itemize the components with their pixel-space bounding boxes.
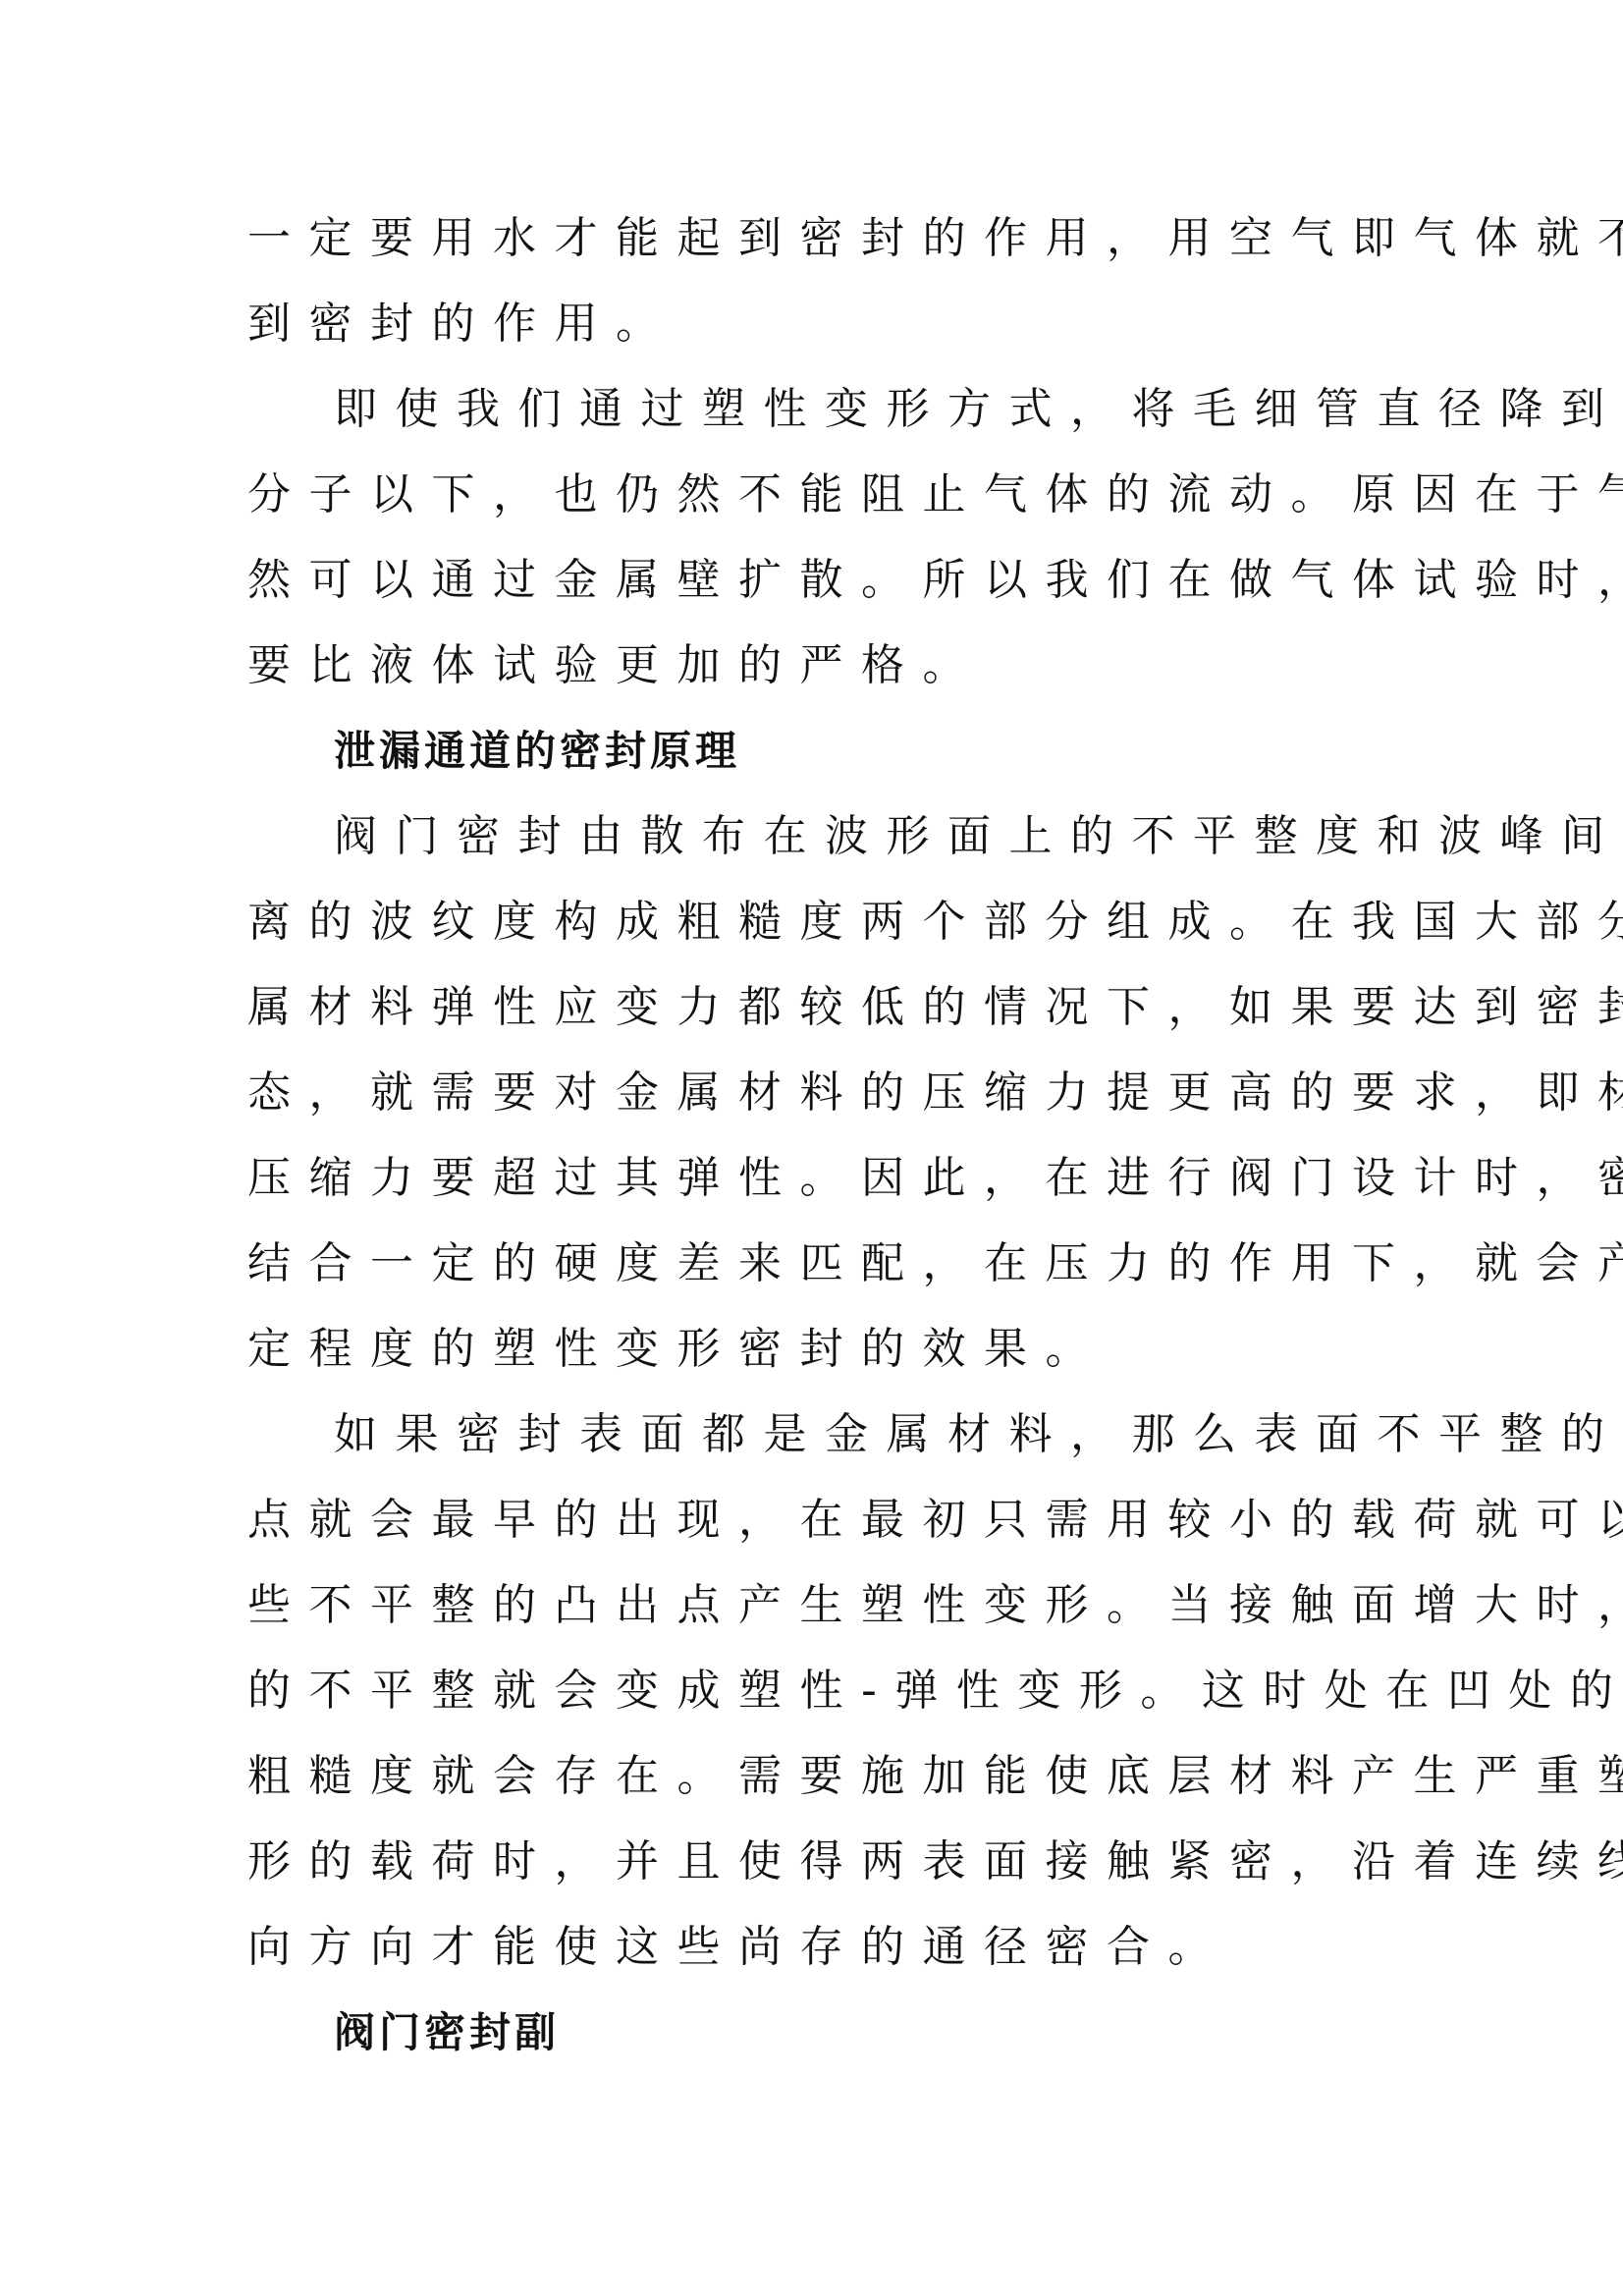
section-heading: 阀门密封副 bbox=[334, 2003, 560, 2062]
paragraph-line: 然可以通过金属壁扩散。所以我们在做气体试验时，一定 bbox=[247, 551, 1623, 610]
paragraph-line: 如果密封表面都是金属材料，那么表面不平整的凸出 bbox=[334, 1405, 1623, 1464]
paragraph-line: 离的波纹度构成粗糙度两个部分组成。在我国大部分的金 bbox=[247, 893, 1623, 952]
paragraph-line: 阀门密封由散布在波形面上的不平整度和波峰间距 bbox=[334, 807, 1623, 866]
paragraph-line: 形的载荷时，并且使得两表面接触紧密，沿着连续线和环 bbox=[247, 1832, 1623, 1891]
paragraph-line: 即使我们通过塑性变形方式，将毛细管直径降到气体 bbox=[334, 380, 1623, 439]
paragraph-line: 粗糙度就会存在。需要施加能使底层材料产生严重塑性变 bbox=[247, 1747, 1623, 1806]
paragraph-line: 定程度的塑性变形密封的效果。 bbox=[247, 1320, 1107, 1379]
paragraph-line: 向方向才能使这些尚存的通径密合。 bbox=[247, 1918, 1229, 1977]
paragraph-line: 属材料弹性应变力都较低的情况下，如果要达到密封的状 bbox=[247, 978, 1623, 1037]
paragraph-line: 分子以下，也仍然不能阻止气体的流动。原因在于气体仍 bbox=[247, 465, 1623, 524]
paragraph-line: 些不平整的凸出点产生塑性变形。当接触面增大时，表面 bbox=[247, 1576, 1623, 1635]
paragraph-line: 态，就需要对金属材料的压缩力提更高的要求，即材料的 bbox=[247, 1064, 1623, 1122]
paragraph-line: 到密封的作用。 bbox=[247, 295, 677, 354]
paragraph-line: 的不平整就会变成塑性-弹性变形。这时处在凹处的两面 bbox=[247, 1662, 1623, 1721]
paragraph-line: 一定要用水才能起到密封的作用，用空气即气体就不能起 bbox=[247, 209, 1623, 268]
paragraph-line: 结合一定的硬度差来匹配，在压力的作用下，就会产生一 bbox=[247, 1234, 1623, 1293]
paragraph-line: 点就会最早的出现，在最初只需用较小的载荷就可以使这 bbox=[247, 1491, 1623, 1550]
paragraph-line: 压缩力要超过其弹性。因此，在进行阀门设计时，密封副 bbox=[247, 1149, 1623, 1208]
paragraph-line: 要比液体试验更加的严格。 bbox=[247, 636, 984, 695]
section-heading: 泄漏通道的密封原理 bbox=[334, 722, 740, 781]
